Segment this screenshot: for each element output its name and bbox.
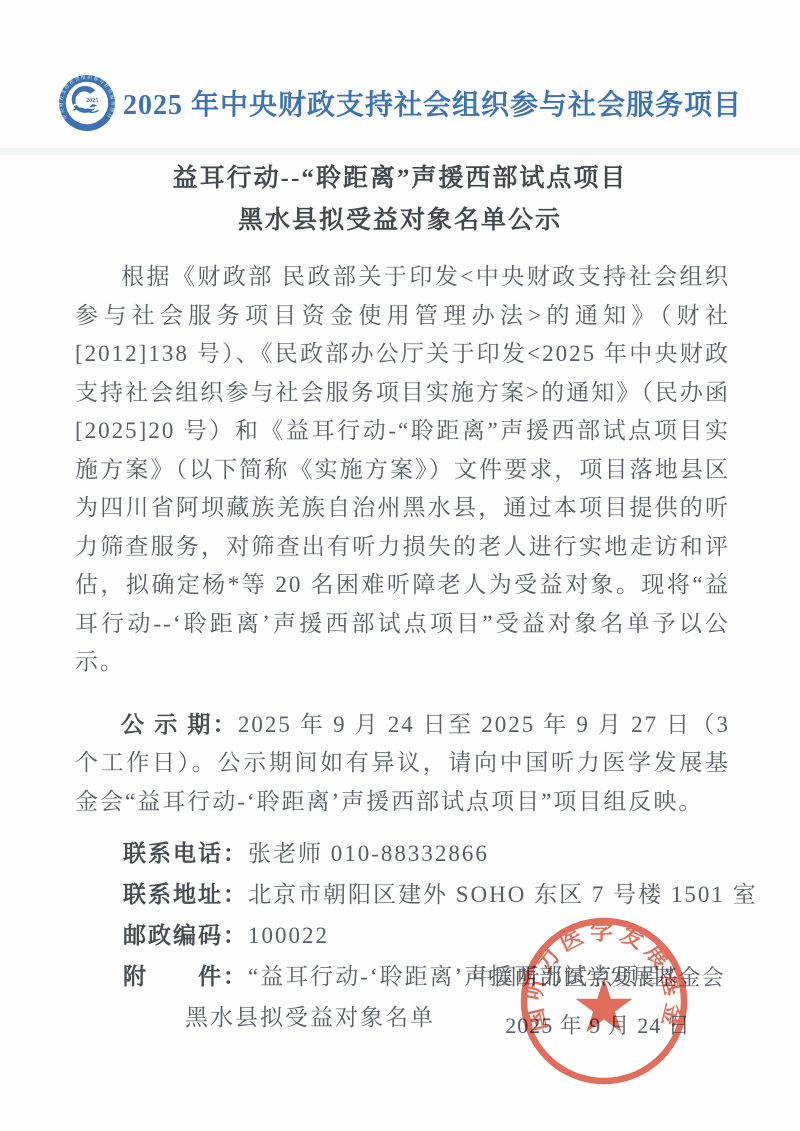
contact-phone-row: 联系电话：张老师 010-88332866 xyxy=(75,833,730,874)
doc-title-line1: 益耳行动--“聆距离”声援西部试点项目 xyxy=(0,158,800,200)
contact-address-label: 联系地址： xyxy=(123,882,248,907)
attachment-label: 附 件： xyxy=(123,964,248,989)
contact-address-value: 北京市朝阳区建外 SOHO 东区 7 号楼 1501 室 xyxy=(248,882,758,907)
program-title: 2025 年中央财政支持社会组织参与社会服务项目 xyxy=(123,83,742,123)
contact-postcode-row: 邮政编码：100022 xyxy=(75,915,730,956)
contact-phone-label: 联系电话： xyxy=(123,841,248,866)
signature-date: 2025 年 9 月 24 日 xyxy=(438,1002,758,1050)
signature-block: 中国听力医学发展基金会 2025 年 9 月 24 日 xyxy=(438,954,758,1050)
document-page: 中央财政支持社会组织参与社会服务项目 2025 2025 年中央财政支持社会组织… xyxy=(0,0,800,1131)
program-header: 中央财政支持社会组织参与社会服务项目 2025 2025 年中央财政支持社会组织… xyxy=(0,0,800,132)
contact-address-row: 联系地址：北京市朝阳区建外 SOHO 东区 7 号楼 1501 室 xyxy=(75,874,730,915)
contact-postcode-value: 100022 xyxy=(248,923,329,948)
publicity-period-label: 公 示 期： xyxy=(121,712,238,737)
document-body: 根据《财政部 民政部关于印发<中央财政支持社会组织参与社会服务项目资金使用管理办… xyxy=(75,258,730,1038)
logo-year-text: 2025 xyxy=(86,97,98,104)
contact-phone-value: 张老师 010-88332866 xyxy=(248,841,489,866)
body-paragraph-2: 公 示 期：2025 年 9 月 24 日至 2025 年 9 月 27 日（3… xyxy=(75,706,730,822)
signature-org: 中国听力医学发展基金会 xyxy=(438,954,758,1002)
body-paragraph-1: 根据《财政部 民政部关于印发<中央财政支持社会组织参与社会服务项目资金使用管理办… xyxy=(75,258,730,682)
program-logo-icon: 中央财政支持社会组织参与社会服务项目 2025 xyxy=(58,74,116,132)
scan-artifact-band xyxy=(0,148,800,155)
contact-postcode-label: 邮政编码： xyxy=(123,923,248,948)
doc-title-line2: 黑水县拟受益对象名单公示 xyxy=(0,200,800,242)
